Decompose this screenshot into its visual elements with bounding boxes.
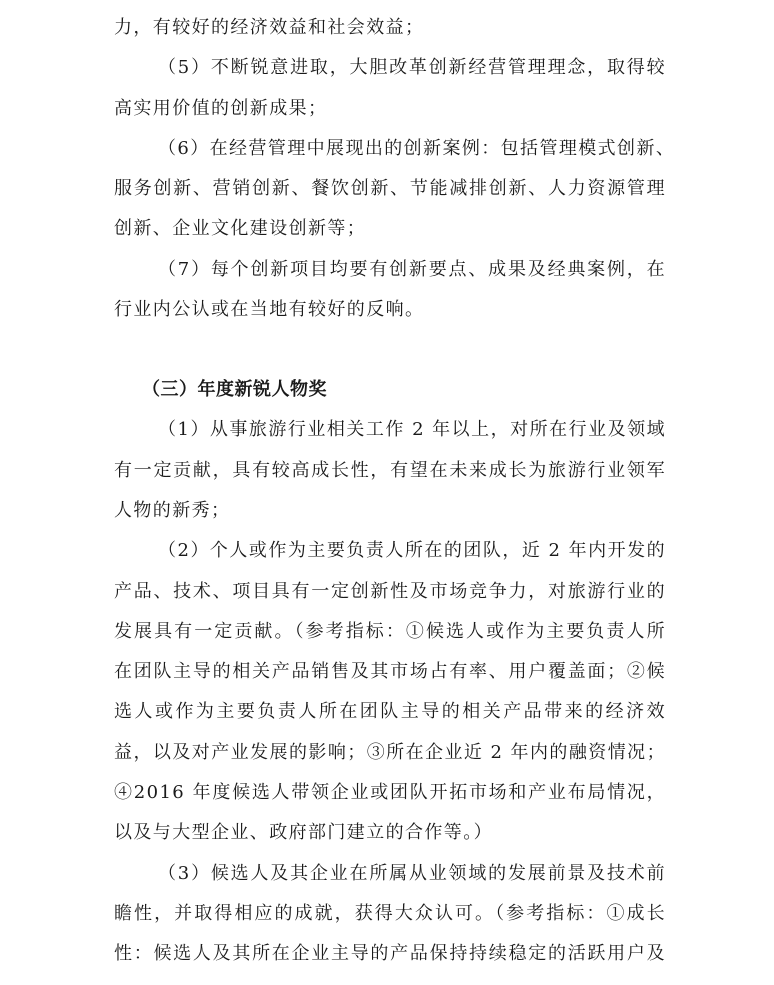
text-line: 益，以及对产业发展的影响；③所在企业近 2 年内的融资情况；	[114, 733, 666, 773]
text-line: 创新、企业文化建设创新等；	[114, 209, 666, 249]
text-line: 瞻性，并取得相应的成就，获得大众认可。（参考指标：①成长	[114, 894, 666, 934]
paragraph-6: （6）在经营管理中展现出的创新案例：包括管理模式创新、 服务创新、营销创新、餐饮…	[114, 129, 666, 250]
text-line: （2）个人或作为主要负责人所在的团队，近 2 年内开发的	[114, 531, 666, 571]
text-line: 力，有较好的经济效益和社会效益；	[114, 8, 666, 48]
text-line: 选人或作为主要负责人所在团队主导的相关产品带来的经济效	[114, 692, 666, 732]
text-line: 发展具有一定贡献。（参考指标：①候选人或作为主要负责人所	[114, 612, 666, 652]
text-line: 行业内公认或在当地有较好的反响。	[114, 290, 666, 330]
text-line: 产品、技术、项目具有一定创新性及市场竞争力，对旅游行业的	[114, 572, 666, 612]
section3-paragraph-3: （3）候选人及其企业在所属从业领域的发展前景及技术前 瞻性，并取得相应的成就，获…	[114, 854, 666, 975]
text-line: 性：候选人及其所在企业主导的产品保持持续稳定的活跃用户及	[114, 934, 666, 974]
document-page: 力，有较好的经济效益和社会效益； （5）不断锐意进取，大胆改革创新经营管理理念，…	[114, 8, 666, 975]
text-line: 人物的新秀；	[114, 491, 666, 531]
section3-paragraph-2: （2）个人或作为主要负责人所在的团队，近 2 年内开发的 产品、技术、项目具有一…	[114, 531, 666, 853]
section3-paragraph-1: （1）从事旅游行业相关工作 2 年以上，对所在行业及领域 有一定贡献，具有较高成…	[114, 410, 666, 531]
text-line: 高实用价值的创新成果；	[114, 89, 666, 129]
text-line: （7）每个创新项目均要有创新要点、成果及经典案例，在	[114, 250, 666, 290]
text-line: （1）从事旅游行业相关工作 2 年以上，对所在行业及领域	[114, 410, 666, 450]
paragraph-5: （5）不断锐意进取，大胆改革创新经营管理理念，取得较 高实用价值的创新成果；	[114, 48, 666, 129]
text-line: 有一定贡献，具有较高成长性，有望在未来成长为旅游行业领军	[114, 451, 666, 491]
text-line: （5）不断锐意进取，大胆改革创新经营管理理念，取得较	[114, 48, 666, 88]
text-line: （6）在经营管理中展现出的创新案例：包括管理模式创新、	[114, 129, 666, 169]
text-line: （3）候选人及其企业在所属从业领域的发展前景及技术前	[114, 854, 666, 894]
paragraph-4-tail: 力，有较好的经济效益和社会效益；	[114, 8, 666, 48]
text-line: 以及与大型企业、政府部门建立的合作等。）	[114, 813, 666, 853]
text-line: 在团队主导的相关产品销售及其市场占有率、用户覆盖面；②候	[114, 652, 666, 692]
paragraph-7: （7）每个创新项目均要有创新要点、成果及经典案例，在 行业内公认或在当地有较好的…	[114, 250, 666, 331]
text-line: ④2016 年度候选人带领企业或团队开拓市场和产业布局情况，	[114, 773, 666, 813]
section-heading: （三）年度新锐人物奖	[114, 370, 666, 410]
text-line: 服务创新、营销创新、餐饮创新、节能减排创新、人力资源管理	[114, 169, 666, 209]
